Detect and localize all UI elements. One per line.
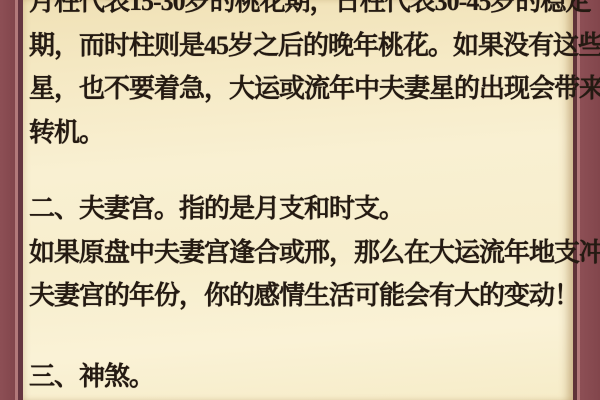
section-heading-shen-sha: 三、神煞。: [29, 355, 571, 399]
text-line: 如果原盘中夫妻宫逢合或邢，那么在大运流年地支冲: [29, 231, 571, 275]
text-line: 转机。: [29, 111, 571, 155]
right-frame-band: [580, 0, 600, 400]
right-frame-highlight: [577, 0, 580, 400]
text-line: 夫妻宫的年份，你的感情生活可能会有大的变动！: [29, 274, 571, 318]
parchment-page: 月柱代表15-30岁的桃花期，日柱代表30-45岁的稳定 期，而时柱则是45岁之…: [18, 0, 577, 400]
paragraph-spouse-palace: 二、夫妻宫。指的是月支和时支。 如果原盘中夫妻宫逢合或邢，那么在大运流年地支冲 …: [29, 187, 571, 318]
paragraph-peach-blossom-periods: 月柱代表15-30岁的桃花期，日柱代表30-45岁的稳定 期，而时柱则是45岁之…: [29, 0, 571, 154]
text-line: 月柱代表15-30岁的桃花期，日柱代表30-45岁的稳定: [29, 0, 571, 24]
text-line: 期，而时柱则是45岁之后的晚年桃花。如果没有这些: [29, 24, 571, 68]
article-text-column: 月柱代表15-30岁的桃花期，日柱代表30-45岁的稳定 期，而时柱则是45岁之…: [29, 0, 571, 398]
paragraph-shen-sha: 三、神煞。: [29, 355, 571, 399]
text-line: 星，也不要着急，大运或流年中夫妻星的出现会带来: [29, 67, 571, 111]
section-heading-spouse-palace: 二、夫妻宫。指的是月支和时支。: [29, 187, 571, 231]
left-frame-band: [0, 0, 15, 400]
